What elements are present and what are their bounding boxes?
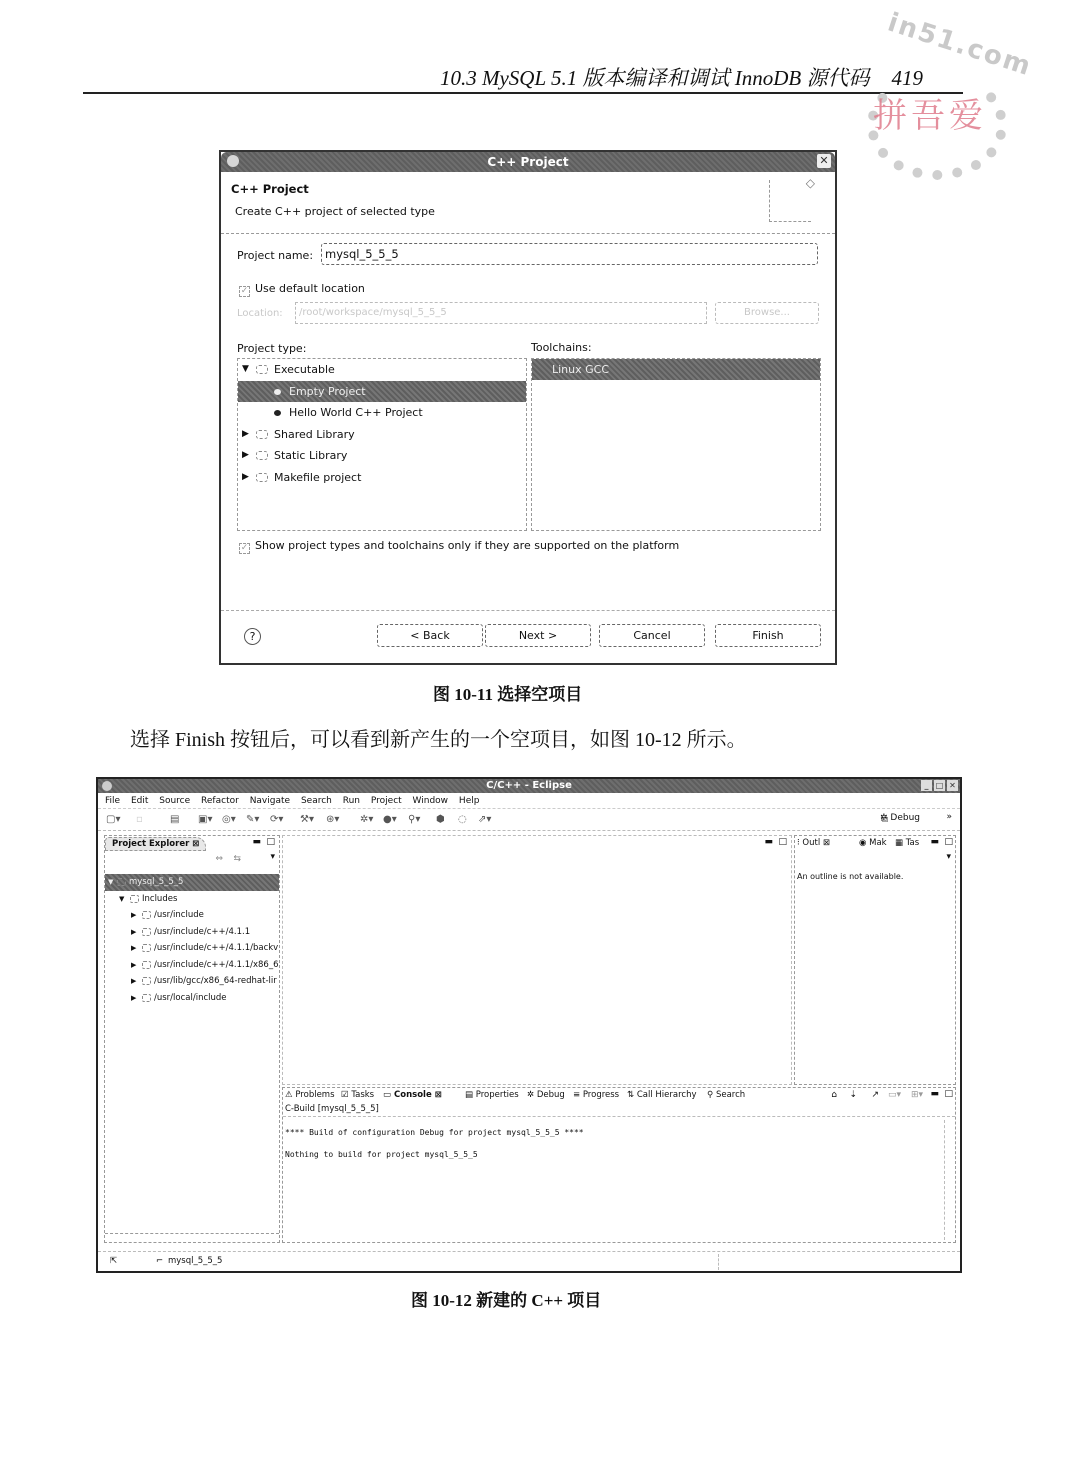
call-hierarchy-icon: ⇅ — [627, 1090, 634, 1100]
project-type-label: Project type: — [237, 342, 306, 355]
expanded-arrow-icon[interactable]: ▼ — [242, 359, 249, 381]
properties-icon: ▤ — [465, 1090, 473, 1100]
external-tools-icon[interactable]: ⚲▾ — [408, 814, 420, 825]
pin-console-icon[interactable]: ↗ — [871, 1090, 879, 1100]
eclipse-window: C/C++ - Eclipse _ □ ✕ File Edit Source R… — [96, 777, 962, 1273]
menu-edit[interactable]: Edit — [131, 796, 148, 806]
checkbox-checked-icon: ✓ — [239, 286, 250, 297]
outline-view: ⁝ Outl ⊠ ◉ Mak ▦ Tas ▬ □ ▾ An outline is… — [794, 835, 956, 1085]
use-default-location-checkbox[interactable]: ✓Use default location — [239, 282, 365, 297]
collapsed-arrow-icon[interactable]: ▶ — [131, 924, 136, 941]
cancel-button[interactable]: Cancel — [599, 624, 705, 647]
tab-make-targets[interactable]: ◉ Mak — [859, 838, 887, 848]
menu-file[interactable]: File — [105, 796, 120, 806]
project-type-tree[interactable]: ▼ Executable Empty Project Hello World C… — [237, 358, 527, 531]
run-icon[interactable]: ●▾ — [383, 814, 397, 825]
project-icon — [117, 878, 126, 886]
menu-bar: File Edit Source Refactor Navigate Searc… — [98, 793, 960, 809]
print-icon[interactable]: ▤ — [170, 814, 179, 825]
new-class-icon[interactable]: ◎▾ — [222, 814, 236, 825]
main-toolbar: ▢▾ ▫ ▤ ▣▾ ◎▾ ✎▾ ⟳▾ ⚒▾ ⊛▾ ✲▾ ●▾ ⚲▾ ⬢ ◌ ⇗▾… — [98, 809, 960, 831]
search-icon[interactable]: ⊛▾ — [326, 814, 339, 825]
folder-icon — [256, 430, 268, 439]
collapsed-arrow-icon[interactable]: ▶ — [131, 940, 136, 957]
open-type-icon[interactable]: ⟳▾ — [270, 814, 283, 825]
new-icon[interactable]: ▢▾ — [106, 814, 120, 825]
build-icon[interactable]: ▣▾ — [198, 814, 212, 825]
fast-view-icon[interactable]: ⇱ — [110, 1256, 117, 1266]
editor-area[interactable]: ▬ □ — [282, 835, 792, 1085]
menu-window[interactable]: Window — [413, 796, 449, 806]
tree-item-empty-project[interactable]: Empty Project — [238, 381, 526, 403]
collapsed-arrow-icon[interactable]: ▶ — [131, 990, 136, 1007]
tasks-icon: ▦ — [895, 838, 903, 848]
menu-navigate[interactable]: Navigate — [250, 796, 290, 806]
status-project-icon: ⌐ — [156, 1256, 163, 1266]
clear-console-icon[interactable]: ⌂ — [831, 1090, 837, 1100]
page-header: 10.3 MySQL 5.1 版本编译和调试 InnoDB 源代码419 — [83, 60, 963, 94]
more-perspectives-icon[interactable]: » — [946, 812, 952, 822]
project-explorer-view: Project Explorer ⊠ ▬ □ ⇔ ⇆ ▾ ▼ mysql_5_5… — [104, 835, 280, 1243]
folder-icon — [256, 451, 268, 460]
search-icon: ⚲ — [707, 1090, 713, 1100]
figure-caption-10-11: 图 10-11 选择空项目 — [433, 680, 582, 705]
include-folder-icon — [142, 911, 151, 919]
watermark-brand: 拼吾爱 — [873, 88, 987, 137]
tab-tasks[interactable]: ▦ Tas — [895, 838, 919, 848]
include-folder-icon — [142, 961, 151, 969]
maximize-icon[interactable]: □ — [934, 780, 945, 791]
window-menu-icon[interactable] — [102, 781, 112, 791]
running-head-title: 10.3 MySQL 5.1 版本编译和调试 InnoDB 源代码 — [440, 66, 870, 90]
collapsed-arrow-icon[interactable]: ▶ — [242, 467, 249, 489]
maximize-view-icon[interactable]: □ — [944, 837, 953, 847]
project-name-label: Project name: — [237, 249, 313, 262]
collapsed-arrow-icon[interactable]: ▶ — [131, 973, 136, 990]
debug-perspective-button[interactable]: ✲ Debug — [880, 813, 920, 823]
tab-search[interactable]: ⚲ Search — [707, 1090, 745, 1100]
minimize-view-icon[interactable]: ▬ — [930, 837, 939, 847]
eclipse-title: C/C++ - Eclipse — [486, 780, 572, 791]
finish-button[interactable]: Finish — [715, 624, 821, 647]
project-template-icon — [274, 389, 281, 395]
minimize-view-icon[interactable]: ▬ — [930, 1089, 939, 1099]
minimize-view-icon[interactable]: ▬ — [252, 837, 261, 847]
tree-item-hello-world[interactable]: Hello World C++ Project — [238, 402, 526, 424]
tools-icon[interactable]: ⚒▾ — [300, 814, 314, 825]
tab-debug[interactable]: ✲ Debug — [527, 1090, 565, 1100]
project-name-input[interactable]: mysql_5_5_5 — [321, 243, 818, 265]
link-editor-icon[interactable]: ⇆ — [233, 854, 241, 864]
running-head: 10.3 MySQL 5.1 版本编译和调试 InnoDB 源代码419 — [440, 62, 923, 92]
tree-item-include-path[interactable]: ▶ /usr/include — [105, 907, 279, 924]
tree-item-include-path[interactable]: ▶ /usr/lib/gcc/x86_64-redhat-lir — [105, 973, 279, 990]
tab-outline[interactable]: ⁝ Outl ⊠ — [797, 838, 830, 848]
folder-icon — [256, 473, 268, 482]
maximize-view-icon[interactable]: □ — [778, 837, 787, 847]
project-tree[interactable]: ▼ mysql_5_5_5 ▼ Includes ▶ /usr/include … — [105, 874, 279, 1006]
include-folder-icon — [142, 928, 151, 936]
view-menu-icon[interactable]: ▾ — [946, 852, 951, 862]
save-icon[interactable]: ▫ — [136, 814, 143, 825]
wizard-banner-icon — [769, 180, 811, 222]
close-icon[interactable]: ✕ — [817, 154, 831, 168]
location-input[interactable]: /root/workspace/mysql_5_5_5 — [295, 302, 707, 324]
minimize-icon[interactable]: _ — [921, 780, 932, 791]
collapsed-arrow-icon[interactable]: ▶ — [131, 907, 136, 924]
close-icon[interactable]: ✕ — [947, 780, 958, 791]
tab-properties[interactable]: ▤ Properties — [465, 1090, 519, 1100]
toolchains-label: Toolchains: — [531, 341, 592, 354]
close-tab-icon[interactable]: ⊠ — [192, 839, 199, 849]
new-file-icon[interactable]: ✎▾ — [246, 814, 259, 825]
tree-item-include-path[interactable]: ▶ /usr/include/c++/4.1.1/x86_6 — [105, 957, 279, 974]
horizontal-scrollbar[interactable] — [105, 1233, 279, 1242]
status-bar: ⇱ ⌐ mysql_5_5_5 — [98, 1251, 960, 1271]
tree-item-project[interactable]: ▼ mysql_5_5_5 — [105, 874, 279, 891]
include-folder-icon — [142, 944, 151, 952]
maximize-view-icon[interactable]: □ — [266, 837, 275, 847]
tree-item-include-path[interactable]: ▶ /usr/local/include — [105, 990, 279, 1007]
back-button[interactable]: < Back — [377, 624, 483, 647]
toolchains-list[interactable]: Linux GCC — [531, 358, 821, 531]
project-template-icon — [274, 410, 281, 416]
debug-icon: ✲ — [527, 1090, 534, 1100]
tab-call-hierarchy[interactable]: ⇅ Call Hierarchy — [627, 1090, 696, 1100]
browse-button[interactable]: Browse... — [715, 302, 819, 324]
show-supported-checkbox[interactable]: ✓Show project types and toolchains only … — [239, 539, 679, 554]
include-folder-icon — [142, 977, 151, 985]
next-button[interactable]: Next > — [485, 624, 591, 647]
use-default-location-label: Use default location — [255, 282, 365, 295]
wizard-title: C++ Project — [231, 182, 309, 196]
tab-project-explorer[interactable]: Project Explorer ⊠ — [105, 837, 206, 851]
expanded-arrow-icon[interactable]: ▼ — [108, 874, 113, 891]
console-divider — [283, 1116, 955, 1117]
maximize-view-icon[interactable]: □ — [944, 1089, 953, 1099]
collapse-all-icon[interactable]: ⇔ — [215, 854, 223, 864]
console-view: ⚠ Problems ☑ Tasks ▭ Console ⊠ ▤ Propert… — [282, 1087, 956, 1243]
menu-help[interactable]: Help — [459, 796, 480, 806]
tree-item-include-path[interactable]: ▶ /usr/include/c++/4.1.1 — [105, 924, 279, 941]
show-supported-label: Show project types and toolchains only i… — [255, 539, 679, 552]
tab-progress[interactable]: ≡ Progress — [573, 1090, 619, 1100]
collapsed-arrow-icon[interactable]: ▶ — [242, 445, 249, 467]
footer-divider — [221, 610, 835, 611]
page-number: 419 — [892, 66, 924, 90]
tree-item-include-path[interactable]: ▶ /usr/include/c++/4.1.1/backv — [105, 940, 279, 957]
tree-item-makefile-project[interactable]: ▶ Makefile project — [238, 467, 526, 489]
wizard-subtitle: Create C++ project of selected type — [235, 205, 435, 218]
tasks-icon: ☑ — [341, 1090, 349, 1100]
help-icon[interactable]: ? — [244, 628, 261, 645]
status-divider — [718, 1254, 719, 1270]
watermark-stamp: in51.com 拼吾爱 — [855, 30, 1015, 190]
console-line: Nothing to build for project mysql_5_5_5 — [285, 1150, 478, 1159]
close-tab-icon[interactable]: ⊠ — [823, 838, 830, 848]
tab-tasks[interactable]: ☑ Tasks — [341, 1090, 374, 1100]
minimize-view-icon[interactable]: ▬ — [764, 837, 773, 847]
toolchain-item-linux-gcc[interactable]: Linux GCC — [532, 359, 820, 380]
make-target-icon: ◉ — [859, 838, 866, 848]
last-edit-icon[interactable]: ⇗▾ — [478, 814, 491, 825]
next-annotation-icon[interactable]: ⬢ — [436, 814, 445, 825]
console-title: C-Build [mysql_5_5_5] — [285, 1104, 379, 1114]
wizard-header: C++ Project Create C++ project of select… — [221, 172, 835, 234]
console-icon: ▭ — [383, 1090, 391, 1100]
outline-icon: ⁝ — [797, 838, 800, 848]
include-folder-icon — [142, 994, 151, 1002]
vertical-scrollbar[interactable] — [944, 1120, 953, 1240]
view-menu-icon[interactable]: ▾ — [270, 852, 275, 862]
window-menu-icon[interactable] — [227, 155, 239, 167]
menu-project[interactable]: Project — [371, 796, 402, 806]
progress-icon: ≡ — [573, 1090, 580, 1100]
tab-console[interactable]: ▭ Console ⊠ — [383, 1090, 442, 1100]
tree-item-executable[interactable]: ▼ Executable — [238, 359, 526, 381]
dialog-titlebar[interactable]: C++ Project ✕ — [221, 152, 835, 172]
tree-item-static-library[interactable]: ▶ Static Library — [238, 445, 526, 467]
open-console-icon[interactable]: ⊞▾ — [911, 1090, 923, 1100]
debug-run-icon[interactable]: ✲▾ — [360, 814, 373, 825]
checkbox-checked-icon: ✓ — [239, 543, 250, 554]
problems-icon: ⚠ — [285, 1090, 293, 1100]
location-label: Location: — [237, 308, 283, 319]
menu-source[interactable]: Source — [159, 796, 190, 806]
menu-run[interactable]: Run — [343, 796, 360, 806]
cpp-project-dialog: C++ Project ✕ C++ Project Create C++ pro… — [219, 150, 837, 665]
console-line: **** Build of configuration Debug for pr… — [285, 1128, 584, 1137]
status-selected-item: mysql_5_5_5 — [168, 1256, 222, 1266]
figure-caption-10-12: 图 10-12 新建的 C++ 项目 — [411, 1286, 601, 1311]
menu-refactor[interactable]: Refactor — [201, 796, 239, 806]
tree-item-shared-library[interactable]: ▶ Shared Library — [238, 424, 526, 446]
close-tab-icon[interactable]: ⊠ — [435, 1090, 442, 1100]
tab-problems[interactable]: ⚠ Problems — [285, 1090, 335, 1100]
tree-item-includes[interactable]: ▼ Includes — [105, 891, 279, 908]
eclipse-titlebar[interactable]: C/C++ - Eclipse _ □ ✕ — [98, 779, 960, 793]
display-console-icon[interactable]: ▭▾ — [888, 1090, 901, 1100]
body-paragraph: 选择 Finish 按钮后，可以看到新产生的一个空项目，如图 10-12 所示。 — [130, 723, 747, 752]
prev-annotation-icon[interactable]: ◌ — [458, 814, 467, 825]
location-row: Location: /root/workspace/mysql_5_5_5 Br… — [237, 302, 821, 324]
menu-search[interactable]: Search — [301, 796, 332, 806]
collapsed-arrow-icon[interactable]: ▶ — [242, 424, 249, 446]
collapsed-arrow-icon[interactable]: ▶ — [131, 957, 136, 974]
dialog-title: C++ Project — [487, 155, 568, 169]
scroll-lock-icon[interactable]: ⇣ — [849, 1090, 857, 1100]
outline-message: An outline is not available. — [797, 872, 903, 881]
folder-icon — [256, 365, 268, 374]
includes-icon — [130, 895, 139, 903]
expanded-arrow-icon[interactable]: ▼ — [119, 891, 124, 908]
